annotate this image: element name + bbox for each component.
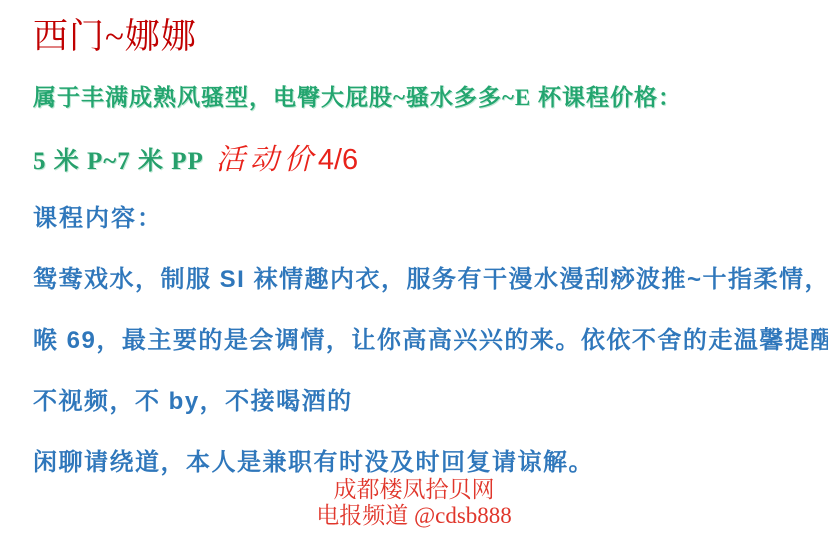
price-base: 5 米 P~7 米 PP (33, 141, 204, 177)
footer-telegram-channel: 电报频道 @cdsb888 (0, 503, 828, 529)
course-content-line-3: 不视频，不 by，不接喝酒的 (33, 388, 813, 416)
listing-page: 西门~娜娜 属于丰满成熟风骚型，电臀大屁股~骚水多多~E 杯课程价格： 5 米 … (33, 0, 813, 477)
price-row: 5 米 P~7 米 PP 活动价 4/6 (33, 137, 813, 173)
course-content-line-2: 喉 69，最主要的是会调情，让你高高兴兴的来。依依不舍的走温馨提醒： (33, 327, 813, 355)
footer-site-name: 成都楼凤拾贝网 (0, 477, 828, 503)
page-title: 西门~娜娜 (33, 17, 813, 57)
footer: 成都楼凤拾贝网 电报频道 @cdsb888 (0, 477, 828, 529)
course-content-heading: 课程内容： (33, 205, 813, 233)
profile-description: 属于丰满成熟风骚型，电臀大屁股~骚水多多~E 杯课程价格： (33, 84, 813, 112)
promo-price-label: 活动价 (216, 137, 318, 178)
course-content-line-1: 鸳鸯戏水，制服 SI 袜情趣内衣，服务有干漫水漫刮痧波推~十指柔情，口暴，升 (33, 266, 813, 294)
course-content-line-4: 闲聊请绕道，本人是兼职有时没及时回复请谅解。 (33, 449, 813, 477)
promo-price-value: 4/6 (318, 144, 358, 177)
